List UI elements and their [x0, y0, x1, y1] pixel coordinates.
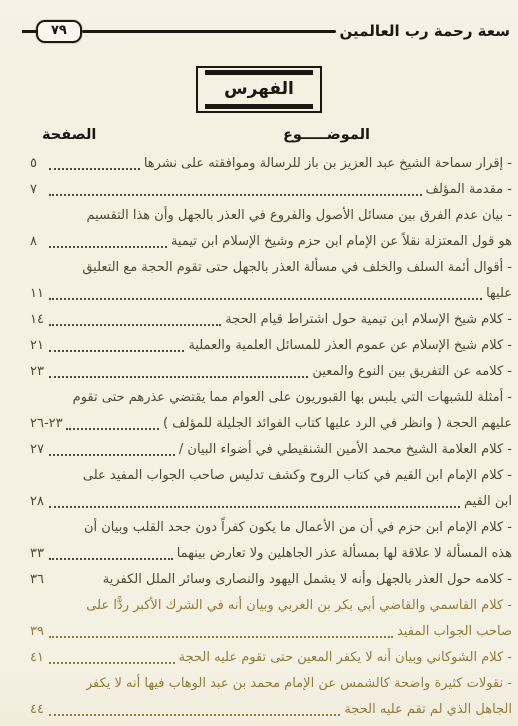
- toc-row: عليها ١١: [30, 281, 512, 307]
- toc-entry-text: الجاهل الذي لم تقم عليه الحجة: [344, 697, 512, 723]
- dot-leader: [49, 376, 308, 378]
- toc-list: - إقرار سماحة الشيخ عبد العزيز بن باز لل…: [30, 151, 512, 723]
- toc-page-number: ٨: [30, 229, 46, 255]
- toc-row: - كلام شيخ الإسلام ابن تيمية حول اشتراط …: [30, 307, 512, 333]
- dot-leader: [49, 480, 79, 482]
- toc-row: - كلام شيخ الإسلام عن عموم العذر للمسائل…: [30, 333, 512, 359]
- toc-row: - مقدمة المؤلف ٧: [30, 177, 512, 203]
- toc-entry-text: - كلام شيخ الإسلام عن عموم العذر للمسائل…: [188, 333, 512, 359]
- toc-entry-text: - مقدمة المؤلف: [426, 177, 512, 203]
- toc-row: هذه المسألة لا علاقة لها بمسألة عذر الجا…: [30, 541, 512, 567]
- toc-row: - أقوال أئمة السلف والخلف في مسألة العذر…: [30, 255, 512, 281]
- toc-page-number: ١٤: [30, 307, 46, 333]
- dot-leader: [49, 532, 80, 534]
- toc-row: - كلام الشوكاني وبيان أنه لا يكفر المعين…: [30, 645, 512, 671]
- toc-page-number: ٣٩: [30, 619, 46, 645]
- toc-entry-text: - كلام الشوكاني وبيان أنه لا يكفر المعين…: [179, 645, 512, 671]
- toc-entry-text: - كلام القاسمي والقاضي أبي بكر بن العربي…: [86, 593, 512, 619]
- header-rule: [82, 30, 336, 33]
- toc-entry-text: - أقوال أئمة السلف والخلف في مسألة العذر…: [82, 255, 512, 281]
- page-number-badge: ٧٩: [36, 20, 82, 43]
- toc-row: - إقرار سماحة الشيخ عبد العزيز بن باز لل…: [30, 151, 512, 177]
- toc-entry-text: ابن القيم: [464, 489, 512, 515]
- toc-page-number: ٢٧: [30, 437, 46, 463]
- header-rule-stub: [22, 30, 36, 33]
- toc-row: الجاهل الذي لم تقم عليه الحجة ٤٤: [30, 697, 512, 723]
- toc-entry-text: - نقولات كثيرة واضحة كالشمس عن الإمام مح…: [86, 671, 512, 697]
- dot-leader: [49, 298, 482, 300]
- toc-row: - كلام العلامة الشيخ محمد الأمين الشنقيط…: [30, 437, 512, 463]
- dot-leader: [49, 454, 175, 456]
- toc-row: - كلام الإمام ابن حزم في أن من الأعمال م…: [30, 515, 512, 541]
- toc-row: عليهم الحجة ( وانظر في الرد عليها كتاب ا…: [30, 411, 512, 437]
- toc-page-number: ٤٤: [30, 697, 46, 723]
- toc-entry-text: صاحب الجواب المفيد: [397, 619, 512, 645]
- toc-entry-text: - بيان عدم الفرق بين مسائل الأصول والفرو…: [86, 203, 512, 229]
- dot-leader: [49, 168, 140, 170]
- toc-row: صاحب الجواب المفيد ٣٩: [30, 619, 512, 645]
- page-number: ٧٩: [51, 23, 67, 38]
- dot-leader: [49, 506, 460, 508]
- toc-entry-text: - كلامه عن التفريق بين النوع والمعين: [312, 359, 512, 385]
- dot-leader: [66, 428, 159, 430]
- dot-leader: [49, 662, 175, 664]
- toc-entry-text: - كلام الإمام ابن حزم في أن من الأعمال م…: [84, 515, 512, 541]
- toc-page-number: ٧: [30, 177, 46, 203]
- dot-leader: [49, 714, 340, 716]
- toc-row: - كلامه حول العذر بالجهل وأنه لا يشمل ال…: [30, 567, 512, 593]
- page-header: سعة رحمة رب العالمين ٧٩: [22, 14, 510, 48]
- dot-leader: [49, 350, 184, 352]
- toc-page-number: ٢١: [30, 333, 46, 359]
- toc-row: - كلام القاسمي والقاضي أبي بكر بن العربي…: [30, 593, 512, 619]
- toc-row: ابن القيم ٢٨: [30, 489, 512, 515]
- contents-title-wrap: الفهرس: [0, 66, 518, 113]
- contents-title-box: الفهرس: [196, 66, 322, 113]
- toc-page-number: ١١: [30, 281, 46, 307]
- toc-entry-text: عليهم الحجة ( وانظر في الرد عليها كتاب ا…: [163, 411, 512, 437]
- book-page: سعة رحمة رب العالمين ٧٩ الفهرس الموضــــ…: [0, 0, 518, 726]
- dot-leader: [49, 220, 82, 222]
- toc-entry-text: هذه المسألة لا علاقة لها بمسألة عذر الجا…: [177, 541, 512, 567]
- toc-row: - بيان عدم الفرق بين مسائل الأصول والفرو…: [30, 203, 512, 229]
- book-title: سعة رحمة رب العالمين: [336, 14, 510, 48]
- toc-row: - كلامه عن التفريق بين النوع والمعين ٢٣: [30, 359, 512, 385]
- toc-row: - نقولات كثيرة واضحة كالشمس عن الإمام مح…: [30, 671, 512, 697]
- toc-entry-text: - كلام العلامة الشيخ محمد الأمين الشنقيط…: [179, 437, 512, 463]
- toc-row: - كلام الإمام ابن القيم في كتاب الروح وك…: [30, 463, 512, 489]
- dot-leader: [49, 246, 167, 248]
- dot-leader: [49, 324, 221, 326]
- toc-entry-text: - إقرار سماحة الشيخ عبد العزيز بن باز لل…: [144, 151, 512, 177]
- toc-entry-text: عليها: [486, 281, 512, 307]
- toc-row: هو قول المعتزلة نقلاً عن الإمام ابن حزم …: [30, 229, 512, 255]
- dot-leader: [49, 194, 422, 196]
- dot-leader: [49, 402, 69, 404]
- toc-entry-text: - أمثلة للشبهات التي يلبس بها القبوريون …: [73, 385, 512, 411]
- toc-page-number: ٢٣: [30, 359, 46, 385]
- toc-entry-text: - كلام شيخ الإسلام ابن تيمية حول اشتراط …: [225, 307, 512, 333]
- toc-entry-text: - كلامه حول العذر بالجهل وأنه لا يشمل ال…: [103, 567, 512, 593]
- toc-row: - أمثلة للشبهات التي يلبس بها القبوريون …: [30, 385, 512, 411]
- toc-entry-text: - كلام الإمام ابن القيم في كتاب الروح وك…: [83, 463, 512, 489]
- toc-entry-text: هو قول المعتزلة نقلاً عن الإمام ابن حزم …: [171, 229, 512, 255]
- contents-title: الفهرس: [224, 79, 294, 99]
- subject-column-header: الموضـــــوع: [283, 127, 370, 143]
- column-headers: الموضـــــوع الصفحة: [42, 127, 370, 143]
- dot-leader: [49, 272, 78, 274]
- dot-leader: [49, 636, 393, 638]
- toc-page-number: ٢٣-٢٦: [30, 411, 63, 437]
- page-column-header: الصفحة: [42, 127, 96, 143]
- dot-leader: [49, 610, 82, 612]
- dot-leader: [49, 688, 82, 690]
- toc-page-number: ٣٣: [30, 541, 46, 567]
- dot-leader: [49, 584, 99, 586]
- dot-leader: [49, 558, 173, 560]
- toc-page-number: ٤١: [30, 645, 46, 671]
- toc-page-number: ٣٦: [30, 567, 46, 593]
- toc-page-number: ٥: [30, 151, 46, 177]
- toc-page-number: ٢٨: [30, 489, 46, 515]
